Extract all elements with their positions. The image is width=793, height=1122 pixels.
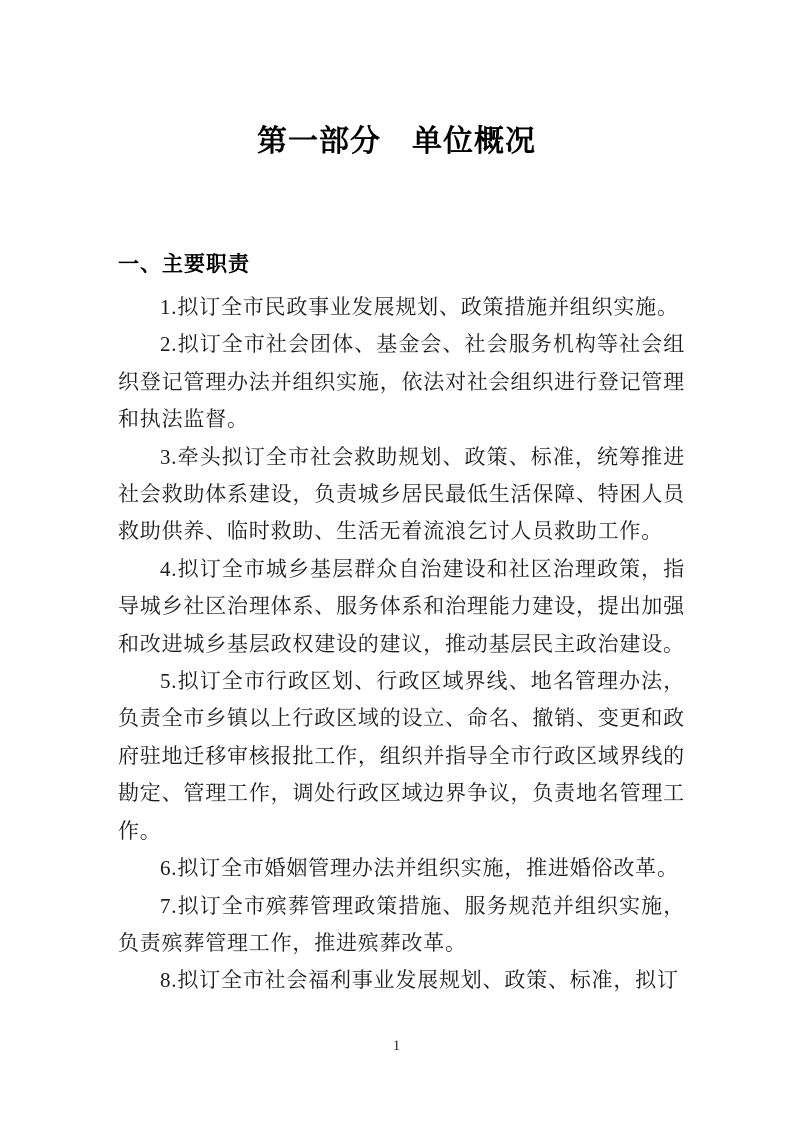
paragraph-5: 5.拟订全市行政区划、行政区域界线、地名管理办法，负责全市乡镇以上行政区域的设立… (118, 663, 685, 850)
paragraph-4: 4.拟订全市城乡基层群众自治建设和社区治理政策，指导城乡社区治理体系、服务体系和… (118, 551, 685, 663)
section-heading: 一、主要职责 (118, 250, 250, 280)
paragraph-7: 7.拟订全市殡葬管理政策措施、服务规范并组织实施，负责殡葬管理工作，推进殡葬改革… (118, 888, 685, 963)
paragraph-2: 2.拟订全市社会团体、基金会、社会服务机构等社会组织登记管理办法并组织实施，依法… (118, 326, 685, 438)
page-title: 第一部分 单位概况 (0, 119, 793, 165)
document-body: 1.拟订全市民政事业发展规划、政策措施并组织实施。 2.拟订全市社会团体、基金会… (118, 289, 685, 1000)
page-number: 1 (0, 1036, 793, 1056)
paragraph-1: 1.拟订全市民政事业发展规划、政策措施并组织实施。 (118, 289, 685, 326)
document-page: 第一部分 单位概况 一、主要职责 1.拟订全市民政事业发展规划、政策措施并组织实… (0, 0, 793, 1122)
paragraph-3: 3.牵头拟订全市社会救助规划、政策、标准，统筹推进社会救助体系建设，负责城乡居民… (118, 439, 685, 551)
paragraph-8: 8.拟订全市社会福利事业发展规划、政策、标准，拟订 (118, 962, 685, 999)
paragraph-6: 6.拟订全市婚姻管理办法并组织实施，推进婚俗改革。 (118, 850, 685, 887)
